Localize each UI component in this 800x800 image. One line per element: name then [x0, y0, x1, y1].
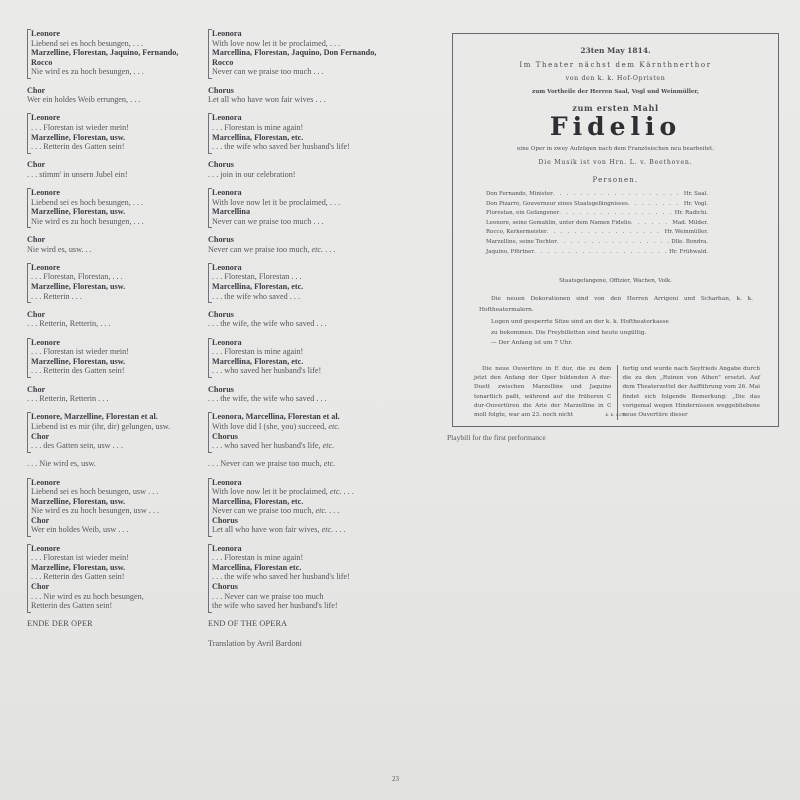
speaker-name: Chorus — [212, 516, 398, 526]
chorus-block: Chorus. . . the wife, the wife who saved… — [208, 385, 398, 404]
leader-dots — [557, 238, 669, 248]
lyric-line: Retterin des Gatten sein! — [31, 601, 212, 611]
translation-credit: Translation by Avril Bardoni — [208, 639, 398, 649]
speaker-name: Marcellina, Florestan etc. — [212, 563, 398, 573]
speaker-name: Chor — [31, 582, 212, 592]
cast-row: Florestan, ein GefangenerHr. Radichi. — [486, 209, 708, 219]
lyric-line: . . . Florestan, Florestan . . . — [212, 272, 398, 282]
lyric-line: . . . Never can we praise too much — [212, 592, 398, 602]
cast-actor: Hr. Frühwald. — [667, 248, 708, 258]
chorus-block: ChorusLet all who have won fair wives . … — [208, 86, 398, 105]
speaker-name: Chorus — [208, 310, 398, 320]
speaker-name: Leonora — [212, 544, 398, 554]
playbill-title: Fidelio — [453, 112, 778, 141]
chorus-block: Chorus. . . the wife, the wife who saved… — [208, 310, 398, 329]
lyric-line: . . . Nie wird es, usw. — [27, 459, 212, 469]
speaker-name: Marzelline, Florestan, usw. — [31, 207, 212, 217]
speaker-name: Leonora — [212, 29, 398, 39]
speaker-name: Marcellina, Florestan, etc. — [212, 497, 398, 507]
ensemble-block: Leonore. . . Florestan ist wieder mein!M… — [27, 544, 212, 611]
speaker-name: Chor — [27, 310, 212, 320]
speaker-name: Leonore — [31, 188, 212, 198]
lyric-line: Liebend sei es hoch besungen, . . . — [31, 39, 212, 49]
lyric-line: . . . stimm' in unsern Jubel ein! — [27, 170, 212, 180]
page-number: 23 — [392, 775, 399, 783]
cast-row: Rocco, KerkermeisterHr. Weinmüller. — [486, 228, 708, 238]
speaker-name: Leonora — [212, 188, 398, 198]
leader-dots — [547, 228, 663, 238]
lyric-line: . . . Retterin, Retterin, . . . — [27, 319, 212, 329]
cast-role: Rocco, Kerkermeister — [486, 228, 547, 238]
speaker-name: Leonora — [212, 263, 398, 273]
cast-role: Marzelline, seine Tochter — [486, 238, 557, 248]
ensemble-block: Leonore. . . Florestan ist wieder mein!M… — [27, 338, 212, 376]
chorus-block: ChorusNever can we praise too much, etc.… — [208, 235, 398, 254]
speaker-name: Chorus — [208, 160, 398, 170]
cast-row: Don Pizarro, Gouverneur eines Staatsgefä… — [486, 200, 708, 210]
speaker-name: Chorus — [212, 582, 398, 592]
english-translation-column: LeonoraWith love now let it be proclaime… — [208, 29, 398, 649]
end-of-opera-label: END OF THE OPERA — [208, 619, 398, 629]
speaker-name: Leonore — [31, 478, 212, 488]
cast-actor: Hr. Radichi. — [673, 209, 708, 219]
speaker-name: Marzelline, Florestan, usw. — [31, 133, 212, 143]
playbill-tickets-line: Logen und gesperrte Sitze sind an der k.… — [479, 317, 753, 328]
speaker-name: Marzelline, Florestan, Jaquino, Fernando… — [31, 48, 212, 58]
speaker-name: Marzelline, Florestan, usw. — [31, 563, 212, 573]
speaker-name: Leonore — [31, 263, 212, 273]
speaker-name: Chor — [31, 432, 212, 442]
lyric-line: Liebend ist es mir (ihr, dir) gelungen, … — [31, 422, 212, 432]
cast-actor: Hr. Saal. — [682, 190, 708, 200]
speaker-name: Leonora — [212, 478, 398, 488]
lyric-line: . . . Never can we praise too much, etc. — [208, 459, 398, 469]
lyric-line: the wife who saved her husband's life! — [212, 601, 398, 611]
lyric-line: With love did I (she, you) succeed, etc. — [212, 422, 398, 432]
playbill-theater: Im Theater nächst dem Kärnthnerthor — [453, 61, 778, 69]
speaker-name: Marcellina, Florestan, etc. — [212, 133, 398, 143]
lyric-line: . . . the wife, the wife who saved . . . — [208, 394, 398, 404]
ensemble-block: LeonoreLiebend sei es hoch besungen, . .… — [27, 188, 212, 226]
playbill-tickets-note: Logen und gesperrte Sitze sind an der k.… — [479, 317, 753, 349]
lyric-line: . . . Retterin, Retterin . . . — [27, 394, 212, 404]
lyric-line: . . . the wife, the wife who saved . . . — [208, 319, 398, 329]
cast-role: Florestan, ein Gefangener — [486, 209, 559, 219]
lyric-line: . . . who saved her husband's life! — [212, 366, 398, 376]
cast-row: Marzelline, seine TochterDlle. Bondra. — [486, 238, 708, 248]
ensemble-block: LeonoreLiebend sei es hoch besungen, . .… — [27, 29, 212, 77]
lyric-line: . . . Retterin des Gatten sein! — [31, 572, 212, 582]
speaker-name: Marcellina, Florestan, Jaquino, Don Fern… — [212, 48, 398, 58]
lyric-line: . . . Florestan ist wieder mein! — [31, 347, 212, 357]
ensemble-block: Leonora, Marcellina, Florestan et al.Wit… — [208, 412, 398, 450]
playbill-subtitle: eine Oper in zwey Aufzügen nach dem Fran… — [453, 146, 778, 152]
ensemble-block: LeonoraWith love now let it be proclaime… — [208, 29, 398, 77]
cast-role: Don Fernando, Minister — [486, 190, 553, 200]
lyric-line: . . . Nie wird es zu hoch besungen, — [31, 592, 212, 602]
cast-row: Jaquino, PförtnerHr. Frühwald. — [486, 248, 708, 258]
ensemble-block: Leonore. . . Florestan ist wieder mein!M… — [27, 113, 212, 151]
lyric-line: . . . Retterin . . . — [31, 292, 212, 302]
chorus-block: Chor. . . stimm' in unsern Jubel ein! — [27, 160, 212, 179]
ensemble-block: Leonore, Marzelline, Florestan et al.Lie… — [27, 412, 212, 450]
lyric-line: Never can we praise too much . . . — [212, 67, 398, 77]
leader-dots — [631, 219, 671, 229]
lyric-line: Never can we praise too much, etc. . . . — [208, 245, 398, 255]
lyric-line: . . . Florestan is mine again! — [212, 553, 398, 563]
speaker-name: Chor — [31, 516, 212, 526]
ensemble-block: LeonoraWith love now let it be proclaime… — [208, 478, 398, 536]
lyric-line: With love now let it be proclaimed, . . … — [212, 198, 398, 208]
lyric-line: Let all who have won fair wives . . . — [208, 95, 398, 105]
playbill-date: 23ten May 1814. — [453, 46, 778, 55]
cast-role: Leonore, seine Gemahlin, unter dem Namen… — [486, 219, 631, 229]
lyric-line: Nie wird es, usw. . . — [27, 245, 212, 255]
speaker-name: Marcellina — [212, 207, 398, 217]
lyric-line: With love now let it be proclaimed, . . … — [212, 39, 398, 49]
cast-actor: Dlle. Bondra. — [669, 238, 708, 248]
lyric-line: . . . the wife who saved her husband's l… — [212, 572, 398, 582]
lyric-line: Never can we praise too much . . . — [212, 217, 398, 227]
playbill-tickets-line: — Der Anfang ist um 7 Uhr. — [479, 338, 753, 349]
cast-row: Don Fernando, MinisterHr. Saal. — [486, 190, 708, 200]
lyric-line: Nie wird es zu hoch besungen, usw . . . — [31, 506, 212, 516]
speaker-name: Rocco — [212, 58, 398, 68]
speaker-name: Leonore — [31, 113, 212, 123]
german-libretto-column: LeonoreLiebend sei es hoch besungen, . .… — [27, 29, 212, 629]
chorus-block: Chor. . . Retterin, Retterin, . . . — [27, 310, 212, 329]
lyric-line: Never can we praise too much, etc. . . . — [212, 506, 398, 516]
playbill-extras: Staatsgefangene, Offizier, Wachen, Volk. — [453, 278, 778, 284]
cast-row: Leonore, seine Gemahlin, unter dem Namen… — [486, 219, 708, 229]
chorus-block: ChorNie wird es, usw. . . — [27, 235, 212, 254]
lyric-line: Wer ein holdes Weib errungen, . . . — [27, 95, 212, 105]
ensemble-block: LeonoraWith love now let it be proclaime… — [208, 188, 398, 226]
lyric-line: Nie wird es zu hoch besungen, . . . — [31, 67, 212, 77]
playbill-company: von den k. k. Hof-Opristen — [453, 75, 778, 82]
ensemble-block: Leonore. . . Florestan, Florestan, . . .… — [27, 263, 212, 301]
lyric-line: . . . Retterin des Gatten sein! — [31, 142, 212, 152]
ensemble-block: Leonora. . . Florestan is mine again!Mar… — [208, 544, 398, 611]
playbill-cast-list: Don Fernando, MinisterHr. Saal.Don Pizar… — [486, 190, 708, 257]
lyric-line: . . . des Gatten sein, usw . . . — [31, 441, 212, 451]
lyric-line: . . . who saved her husband's life, etc. — [212, 441, 398, 451]
lyric-line: . . . Retterin des Gatten sein! — [31, 366, 212, 376]
speaker-name: Marcellina, Florestan, etc. — [212, 282, 398, 292]
speaker-name: Chor — [27, 235, 212, 245]
booklet-page: LeonoreLiebend sei es hoch besungen, . .… — [0, 0, 800, 800]
speaker-name: Chorus — [208, 235, 398, 245]
playbill-caption: Playbill for the first performance — [447, 433, 546, 442]
lyric-line: Nie wird es zu hoch besungen, . . . — [31, 217, 212, 227]
playbill-reference: K. K. 4372 — [453, 412, 778, 417]
lyric-line: . . . Florestan ist wieder mein! — [31, 123, 212, 133]
lyric-line: . . . Florestan is mine again! — [212, 347, 398, 357]
playbill-benefit: zum Vortheile der Herren Saal, Vogl und … — [453, 89, 778, 95]
lyric-line: . . . the wife who saved . . . — [212, 292, 398, 302]
speaker-name: Leonora — [212, 113, 398, 123]
speaker-name: Chor — [27, 86, 212, 96]
ensemble-block: Leonora. . . Florestan, Florestan . . .M… — [208, 263, 398, 301]
leader-dots — [628, 200, 682, 210]
cast-role: Don Pizarro, Gouverneur eines Staatsgefä… — [486, 200, 628, 210]
speaker-name: Chor — [27, 160, 212, 170]
lyric-line: . . . Florestan, Florestan, . . . — [31, 272, 212, 282]
lyric-line: Liebend sei es hoch besungen, . . . — [31, 198, 212, 208]
speaker-name: Chor — [27, 385, 212, 395]
cast-actor: Hr. Vogl. — [682, 200, 708, 210]
lyric-line: Wer ein holdes Weib, usw . . . — [31, 525, 212, 535]
speaker-name: Chorus — [208, 86, 398, 96]
playbill-decorations-note: Die neuen Dekorationen sind von den Herr… — [479, 294, 753, 315]
chorus-block: ChorWer ein holdes Weib errungen, . . . — [27, 86, 212, 105]
speaker-name: Chorus — [208, 385, 398, 395]
ensemble-block: LeonoreLiebend sei es hoch besungen, usw… — [27, 478, 212, 536]
speaker-name: Marzelline, Florestan, usw. — [31, 282, 212, 292]
speaker-name: Marcellina, Florestan, etc. — [212, 357, 398, 367]
cast-actor: Mad. Milder. — [670, 219, 708, 229]
ensemble-block: Leonora. . . Florestan is mine again!Mar… — [208, 113, 398, 151]
speaker-name: Chorus — [212, 432, 398, 442]
chorus-block: . . . Nie wird es, usw. — [27, 459, 212, 469]
leader-dots — [553, 190, 682, 200]
end-of-opera-label: ENDE DER OPER — [27, 619, 212, 629]
chorus-block: Chor. . . Retterin, Retterin . . . — [27, 385, 212, 404]
playbill-tickets-line: zu bekommen. Die Freybilletten sind heut… — [479, 328, 753, 339]
speaker-name: Leonora, Marcellina, Florestan et al. — [212, 412, 398, 422]
leader-dots — [534, 248, 667, 258]
speaker-name: Leonore — [31, 544, 212, 554]
lyric-line: . . . the wife who saved her husband's l… — [212, 142, 398, 152]
cast-role: Jaquino, Pförtner — [486, 248, 534, 258]
speaker-name: Marzelline, Florestan, usw. — [31, 357, 212, 367]
lyric-line: Let all who have won fair wives, etc. . … — [212, 525, 398, 535]
cast-actor: Hr. Weinmüller. — [663, 228, 708, 238]
lyric-line: . . . join in our celebration! — [208, 170, 398, 180]
speaker-name: Leonore — [31, 29, 212, 39]
speaker-name: Leonore — [31, 338, 212, 348]
speaker-name: Rocco — [31, 58, 212, 68]
lyric-line: . . . Florestan ist wieder mein! — [31, 553, 212, 563]
playbill-composer: Die Musik ist von Hrn. L. v. Beethoven. — [453, 159, 778, 166]
lyric-line: Liebend sei es hoch besungen, usw . . . — [31, 487, 212, 497]
speaker-name: Leonore, Marzelline, Florestan et al. — [31, 412, 212, 422]
playbill-personen-heading: Personen. — [453, 176, 778, 184]
lyric-line: With love now let it be proclaimed, etc.… — [212, 487, 398, 497]
playbill: 23ten May 1814. Im Theater nächst dem Kä… — [452, 33, 779, 427]
lyric-line: . . . Florestan is mine again! — [212, 123, 398, 133]
speaker-name: Marzelline, Florestan, usw. — [31, 497, 212, 507]
leader-dots — [559, 209, 673, 219]
chorus-block: Chorus. . . join in our celebration! — [208, 160, 398, 179]
chorus-block: . . . Never can we praise too much, etc. — [208, 459, 398, 469]
speaker-name: Leonora — [212, 338, 398, 348]
ensemble-block: Leonora. . . Florestan is mine again!Mar… — [208, 338, 398, 376]
